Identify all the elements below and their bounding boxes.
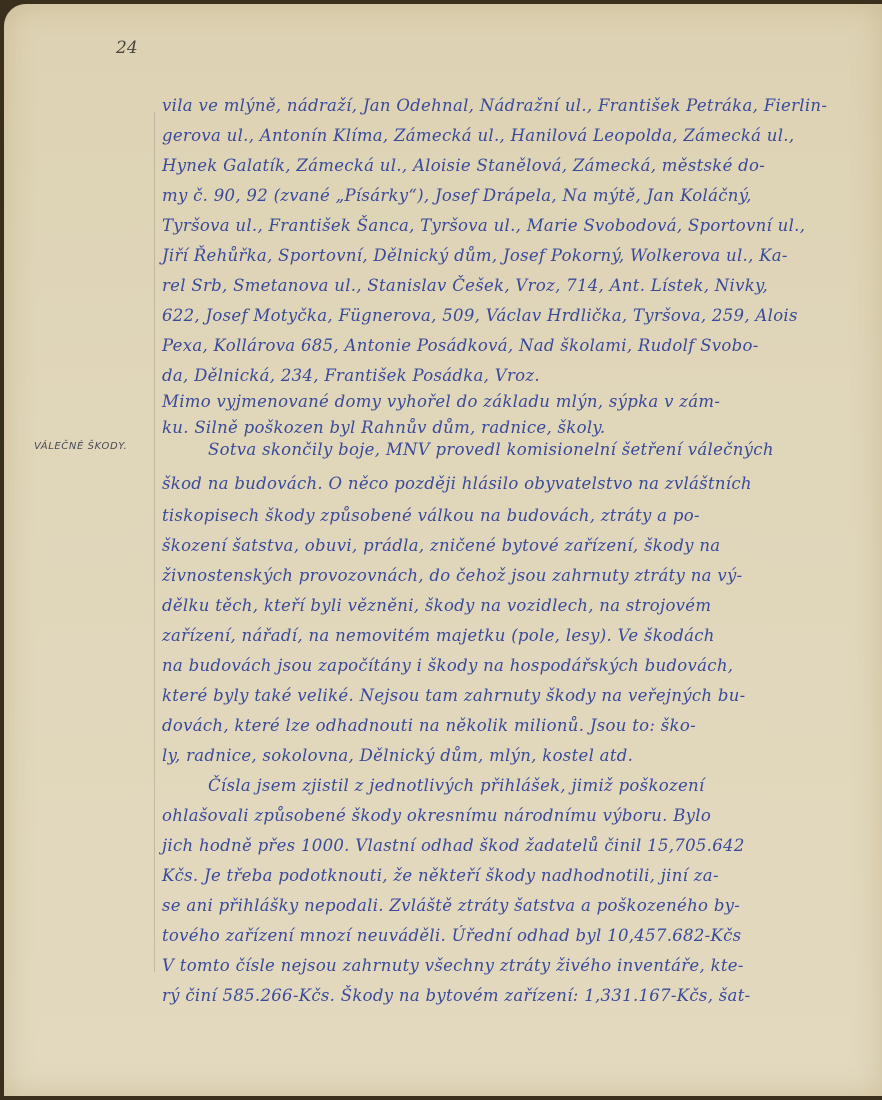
text-line: dělku těch, kteří byli vězněni, škody na… — [162, 596, 711, 615]
text-line: my č. 90, 92 (zvané „Písárky“), Josef Dr… — [162, 186, 752, 205]
text-line: rý činí 585.266-Kčs. Škody na bytovém za… — [162, 986, 751, 1005]
text-line: Pexa, Kollárova 685, Antonie Posádková, … — [162, 336, 759, 355]
text-line: na budovách jsou započítány i škody na h… — [162, 656, 733, 675]
text-line: jich hodně přes 1000. Vlastní odhad škod… — [162, 836, 745, 855]
text-line: dovách, které lze odhadnouti na několik … — [162, 716, 696, 735]
text-line: Tyršova ul., František Šanca, Tyršova ul… — [162, 216, 805, 235]
text-line: Mimo vyjmenované domy vyhořel do základu… — [162, 392, 720, 411]
text-line: Jiří Řehůřka, Sportovní, Dělnický dům, J… — [162, 246, 788, 265]
text-line: živnostenských provozovnách, do čehož js… — [162, 566, 742, 585]
text-line: ku. Silně poškozen byl Rahnův dům, radni… — [162, 418, 605, 437]
page-number: 24 — [116, 38, 138, 58]
text-line: Kčs. Je třeba podotknouti, že někteří šk… — [162, 866, 719, 885]
margin-note-war-damages: VÁLEČNÉ ŠKODY. — [34, 441, 127, 452]
text-line: zařízení, nářadí, na nemovitém majetku (… — [162, 626, 715, 645]
text-line: škození šatstva, obuvi, prádla, zničené … — [162, 536, 720, 555]
text-line: V tomto čísle nejsou zahrnuty všechny zt… — [162, 956, 744, 975]
text-line: ohlašovali způsobené škody okresnímu nár… — [162, 806, 711, 825]
text-line: škod na budovách. O něco později hlásilo… — [162, 474, 752, 493]
paragraph-start-line: Čísla jsem zjistil z jednotlivých přihlá… — [208, 776, 705, 795]
text-line: 622, Josef Motyčka, Fügnerova, 509, Václ… — [162, 306, 798, 325]
chronicle-page: 24 VÁLEČNÉ ŠKODY. vila ve mlýně, nádraží… — [4, 4, 882, 1096]
text-line: Hynek Galatík, Zámecká ul., Aloisie Stan… — [162, 156, 765, 175]
text-line: které byly také veliké. Nejsou tam zahrn… — [162, 686, 746, 705]
text-line: gerova ul., Antonín Klíma, Zámecká ul., … — [162, 126, 794, 145]
text-line: tiskopisech škody způsobené válkou na bu… — [162, 506, 700, 525]
text-line: rel Srb, Smetanova ul., Stanislav Češek,… — [162, 276, 768, 295]
text-line: tového zařízení mnozí neuváděli. Úřední … — [162, 926, 741, 945]
paragraph-start-line: Sotva skončily boje, MNV provedl komisio… — [208, 440, 774, 459]
margin-rule — [154, 112, 155, 972]
text-line: se ani přihlášky nepodali. Zvláště ztrát… — [162, 896, 740, 915]
text-line: vila ve mlýně, nádraží, Jan Odehnal, Nád… — [162, 96, 827, 115]
text-line: da, Dělnická, 234, František Posádka, Vr… — [162, 366, 540, 385]
text-line: ly, radnice, sokolovna, Dělnický dům, ml… — [162, 746, 633, 765]
